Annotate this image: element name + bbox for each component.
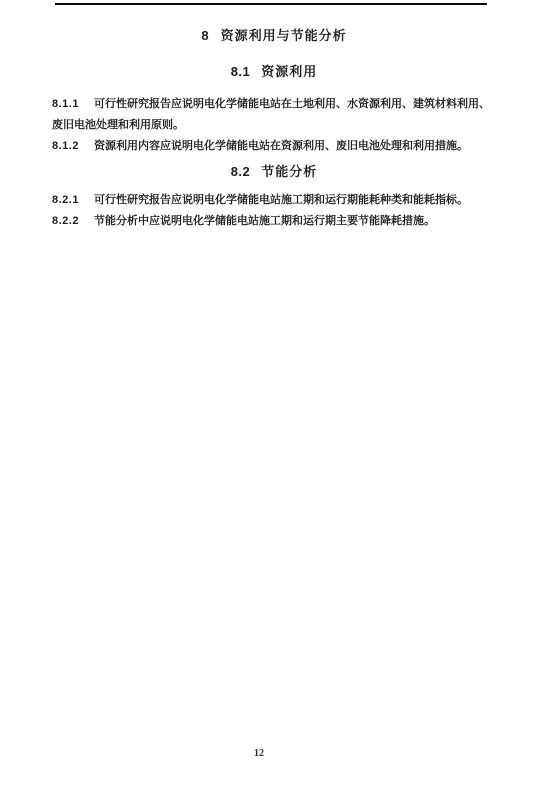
clause-8-1-1: 8.1.1可行性研究报告应说明电化学储能电站在土地利用、水资源利用、建筑材料利用… [52, 94, 496, 136]
page-content: 8资源利用与节能分析 8.1资源利用 8.1.1可行性研究报告应说明电化学储能电… [52, 0, 496, 232]
clause-number-8-2-2: 8.2.2 [52, 215, 79, 227]
chapter-heading: 8资源利用与节能分析 [52, 28, 496, 44]
clause-text-8-1-1: 可行性研究报告应说明电化学储能电站在土地利用、水资源利用、建筑材料利用、废旧电池… [52, 98, 490, 131]
section-heading-8-2: 8.2节能分析 [52, 164, 496, 180]
clause-number-8-2-1: 8.2.1 [52, 194, 79, 206]
chapter-title: 资源利用与节能分析 [221, 28, 347, 43]
clause-text-8-2-1: 可行性研究报告应说明电化学储能电站施工期和运行期能耗种类和能耗指标。 [94, 194, 468, 206]
document-page: 8资源利用与节能分析 8.1资源利用 8.1.1可行性研究报告应说明电化学储能电… [0, 0, 550, 800]
clause-8-1-2: 8.1.2资源利用内容应说明电化学储能电站在资源利用、废旧电池处理和利用措施。 [52, 136, 496, 157]
clause-8-2-2: 8.2.2节能分析中应说明电化学储能电站施工期和运行期主要节能降耗措施。 [52, 211, 496, 232]
section-heading-8-1: 8.1资源利用 [52, 64, 496, 80]
clause-text-8-2-2: 节能分析中应说明电化学储能电站施工期和运行期主要节能降耗措施。 [94, 215, 435, 227]
clause-number-8-1-1: 8.1.1 [52, 98, 79, 110]
section-number-8-2: 8.2 [231, 164, 251, 179]
section-number-8-1: 8.1 [231, 64, 251, 79]
section-title-8-1: 资源利用 [261, 64, 317, 79]
section-title-8-2: 节能分析 [261, 164, 317, 179]
page-number: 12 [0, 748, 518, 759]
chapter-number: 8 [201, 28, 208, 43]
clause-number-8-1-2: 8.1.2 [52, 140, 79, 152]
clause-8-2-1: 8.2.1可行性研究报告应说明电化学储能电站施工期和运行期能耗种类和能耗指标。 [52, 190, 496, 211]
clause-text-8-1-2: 资源利用内容应说明电化学储能电站在资源利用、废旧电池处理和利用措施。 [94, 140, 468, 152]
